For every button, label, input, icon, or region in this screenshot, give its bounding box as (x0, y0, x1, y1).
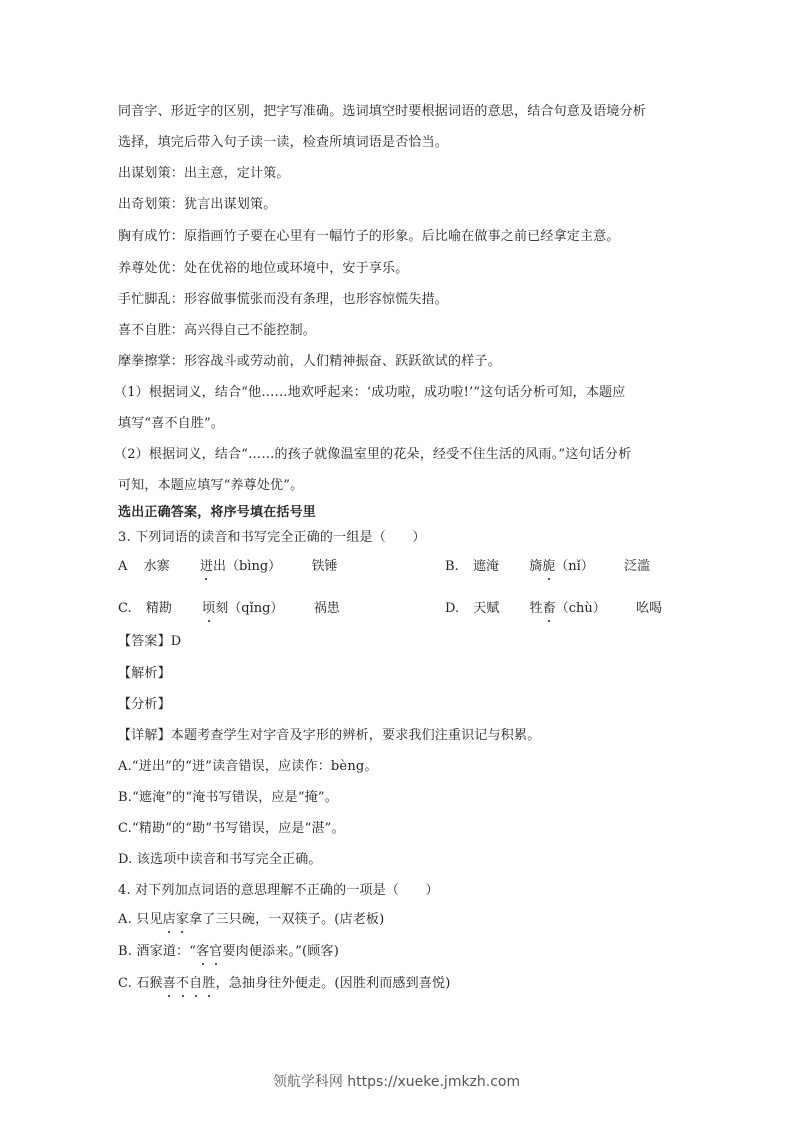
option-word-3: 铁锤 (311, 559, 337, 574)
option-word-3: 泛滥 (624, 559, 650, 574)
option-prefix: A. 只见 (118, 912, 163, 927)
definition-7: 摩拳擦掌：形容战斗或劳动前，人们精神振奋、跃跃欲试的样子。 (118, 354, 501, 370)
dotted-char: 迸 (200, 559, 213, 575)
footer-url[interactable]: https://xueke.jmkzh.com (347, 1074, 520, 1090)
q4-stem: 4. 对下列加点词语的意思理解不正确的一项是（ ） (118, 883, 439, 899)
q3-jiexi-heading: 【解析】 (118, 666, 171, 682)
dotted-char: 不 (176, 976, 189, 992)
option-char: 牲 (530, 601, 543, 616)
q4-option-b: B. 酒家道：“客官要肉便添来。”(顾客) (118, 944, 339, 960)
dotted-char: 家 (176, 912, 189, 928)
option-word-1: 天赋 (473, 601, 499, 616)
analysis-1-line-1: （1）根据词义，结合“他……地欢呼起来：‘成功啦，成功啦!’”这句话分析可知，本… (114, 385, 625, 401)
definition-1: 出谋划策：出主意，定计策。 (118, 166, 290, 182)
document-page: 同音字、形近字的区别，把字写准确。选词填空时要根据词语的意思，结合句意及语境分析… (0, 0, 793, 1122)
definition-2: 出奇划策：犹言出谋划策。 (118, 197, 276, 213)
option-word-2: 刻（qǐng） (215, 601, 283, 616)
dotted-char: 自 (189, 976, 202, 992)
option-suffix: 要肉便添来。”(顾客) (222, 944, 339, 959)
definition-6: 喜不自胜：高兴得自己不能控制。 (118, 323, 316, 339)
option-word-2: 出（bìng） (213, 559, 281, 574)
option-pinyin: （chù） (556, 601, 606, 616)
option-word-1: 遮淹 (473, 559, 499, 574)
option-label: B. (445, 559, 459, 574)
analysis-2-line-1: （2）根据词义，结合“……的孩子就像温室里的花朵，经受不住生活的风雨。”这句话分… (114, 447, 631, 463)
footer-watermark: 领航学科网 https://xueke.jmkzh.com (0, 1071, 793, 1091)
dotted-char: 客 (196, 944, 209, 960)
q3-option-b: B. 遮淹 旖旎（nǐ） 泛滥 (445, 559, 650, 575)
q3-explanation-c: C.“精勘”的“勘”书写错误，应是“湛”。 (118, 821, 345, 837)
intro-line-1: 同音字、形近字的区别，把字写准确。选词填空时要根据词语的意思，结合句意及语境分析 (118, 104, 646, 120)
intro-line-2: 选择，填完后带入句子读一读，检查所填词语是否恰当。 (118, 135, 448, 151)
dotted-char: 顷 (202, 601, 215, 617)
footer-site-name: 领航学科网 (273, 1074, 343, 1090)
definition-4: 养尊处优：处在优裕的地位或环境中，安于享乐。 (118, 261, 408, 277)
section-heading: 选出正确答案，将序号填在括号里 (118, 505, 316, 521)
dotted-char: 旎 (542, 559, 555, 575)
option-label: D. (445, 601, 459, 616)
option-pinyin: （nǐ） (555, 559, 594, 574)
q3-detail: 【详解】本题考查学生对字音及字形的辨析，要求我们注重识记与积累。 (118, 728, 540, 744)
option-suffix: 拿了三只碗，一双筷子。(店老板) (189, 912, 384, 927)
dotted-char: 店 (163, 912, 176, 928)
q3-answer: 【答案】D (118, 634, 181, 650)
q3-option-c: C. 精勘 顷刻（qǐng） 祸患 (118, 601, 340, 617)
analysis-1-line-2: 填写“喜不自胜”。 (118, 416, 224, 432)
definition-5: 手忙脚乱：形容做事慌张而没有条理，也形容惊慌失措。 (118, 292, 448, 308)
q4-option-c: C. 石猴喜不自胜，急抽身往外便走。(因胜利而感到喜悦) (118, 976, 451, 992)
dotted-char: 喜 (163, 976, 176, 992)
q3-option-a: A 水寨 迸出（bìng） 铁锤 (118, 559, 337, 575)
analysis-2-line-2: 可知，本题应填写“养尊处优”。 (118, 478, 303, 494)
q3-explanation-d: D. 该选项中读音和书写完全正确。 (118, 852, 322, 868)
dotted-char: 官 (209, 944, 222, 960)
definition-3: 胸有成竹：原指画竹子要在心里有一幅竹子的形象。后比喻在做事之前已经拿定主意。 (118, 229, 620, 245)
q3-stem: 3. 下列词语的读音和书写完全正确的一组是（ ） (118, 530, 426, 546)
q3-explanation-b: B.“遮淹”的“淹书写错误，应是“掩”。 (118, 790, 338, 806)
option-char: 旖 (529, 559, 542, 574)
option-suffix: ，急抽身往外便走。(因胜利而感到喜悦) (216, 976, 451, 991)
dotted-char: 畜 (543, 601, 556, 617)
q3-option-d: D. 天赋 牲畜（chù） 吆喝 (445, 601, 662, 617)
option-prefix: C. 石猴 (118, 976, 163, 991)
option-prefix: B. 酒家道：“ (118, 944, 196, 959)
option-word-1: 水寨 (144, 559, 170, 574)
option-word-3: 吆喝 (636, 601, 662, 616)
dotted-char: 胜 (202, 976, 215, 992)
option-word-1: 精勘 (146, 601, 172, 616)
option-word-3: 祸患 (314, 601, 340, 616)
option-label: C. (118, 601, 132, 616)
q3-fenxi-heading: 【分析】 (118, 697, 171, 713)
q4-option-a: A. 只见店家拿了三只碗，一双筷子。(店老板) (118, 912, 384, 928)
option-label: A (118, 559, 127, 574)
q3-explanation-a: A.“迸出”的“迸”读音错误，应读作：bèng。 (118, 759, 378, 775)
